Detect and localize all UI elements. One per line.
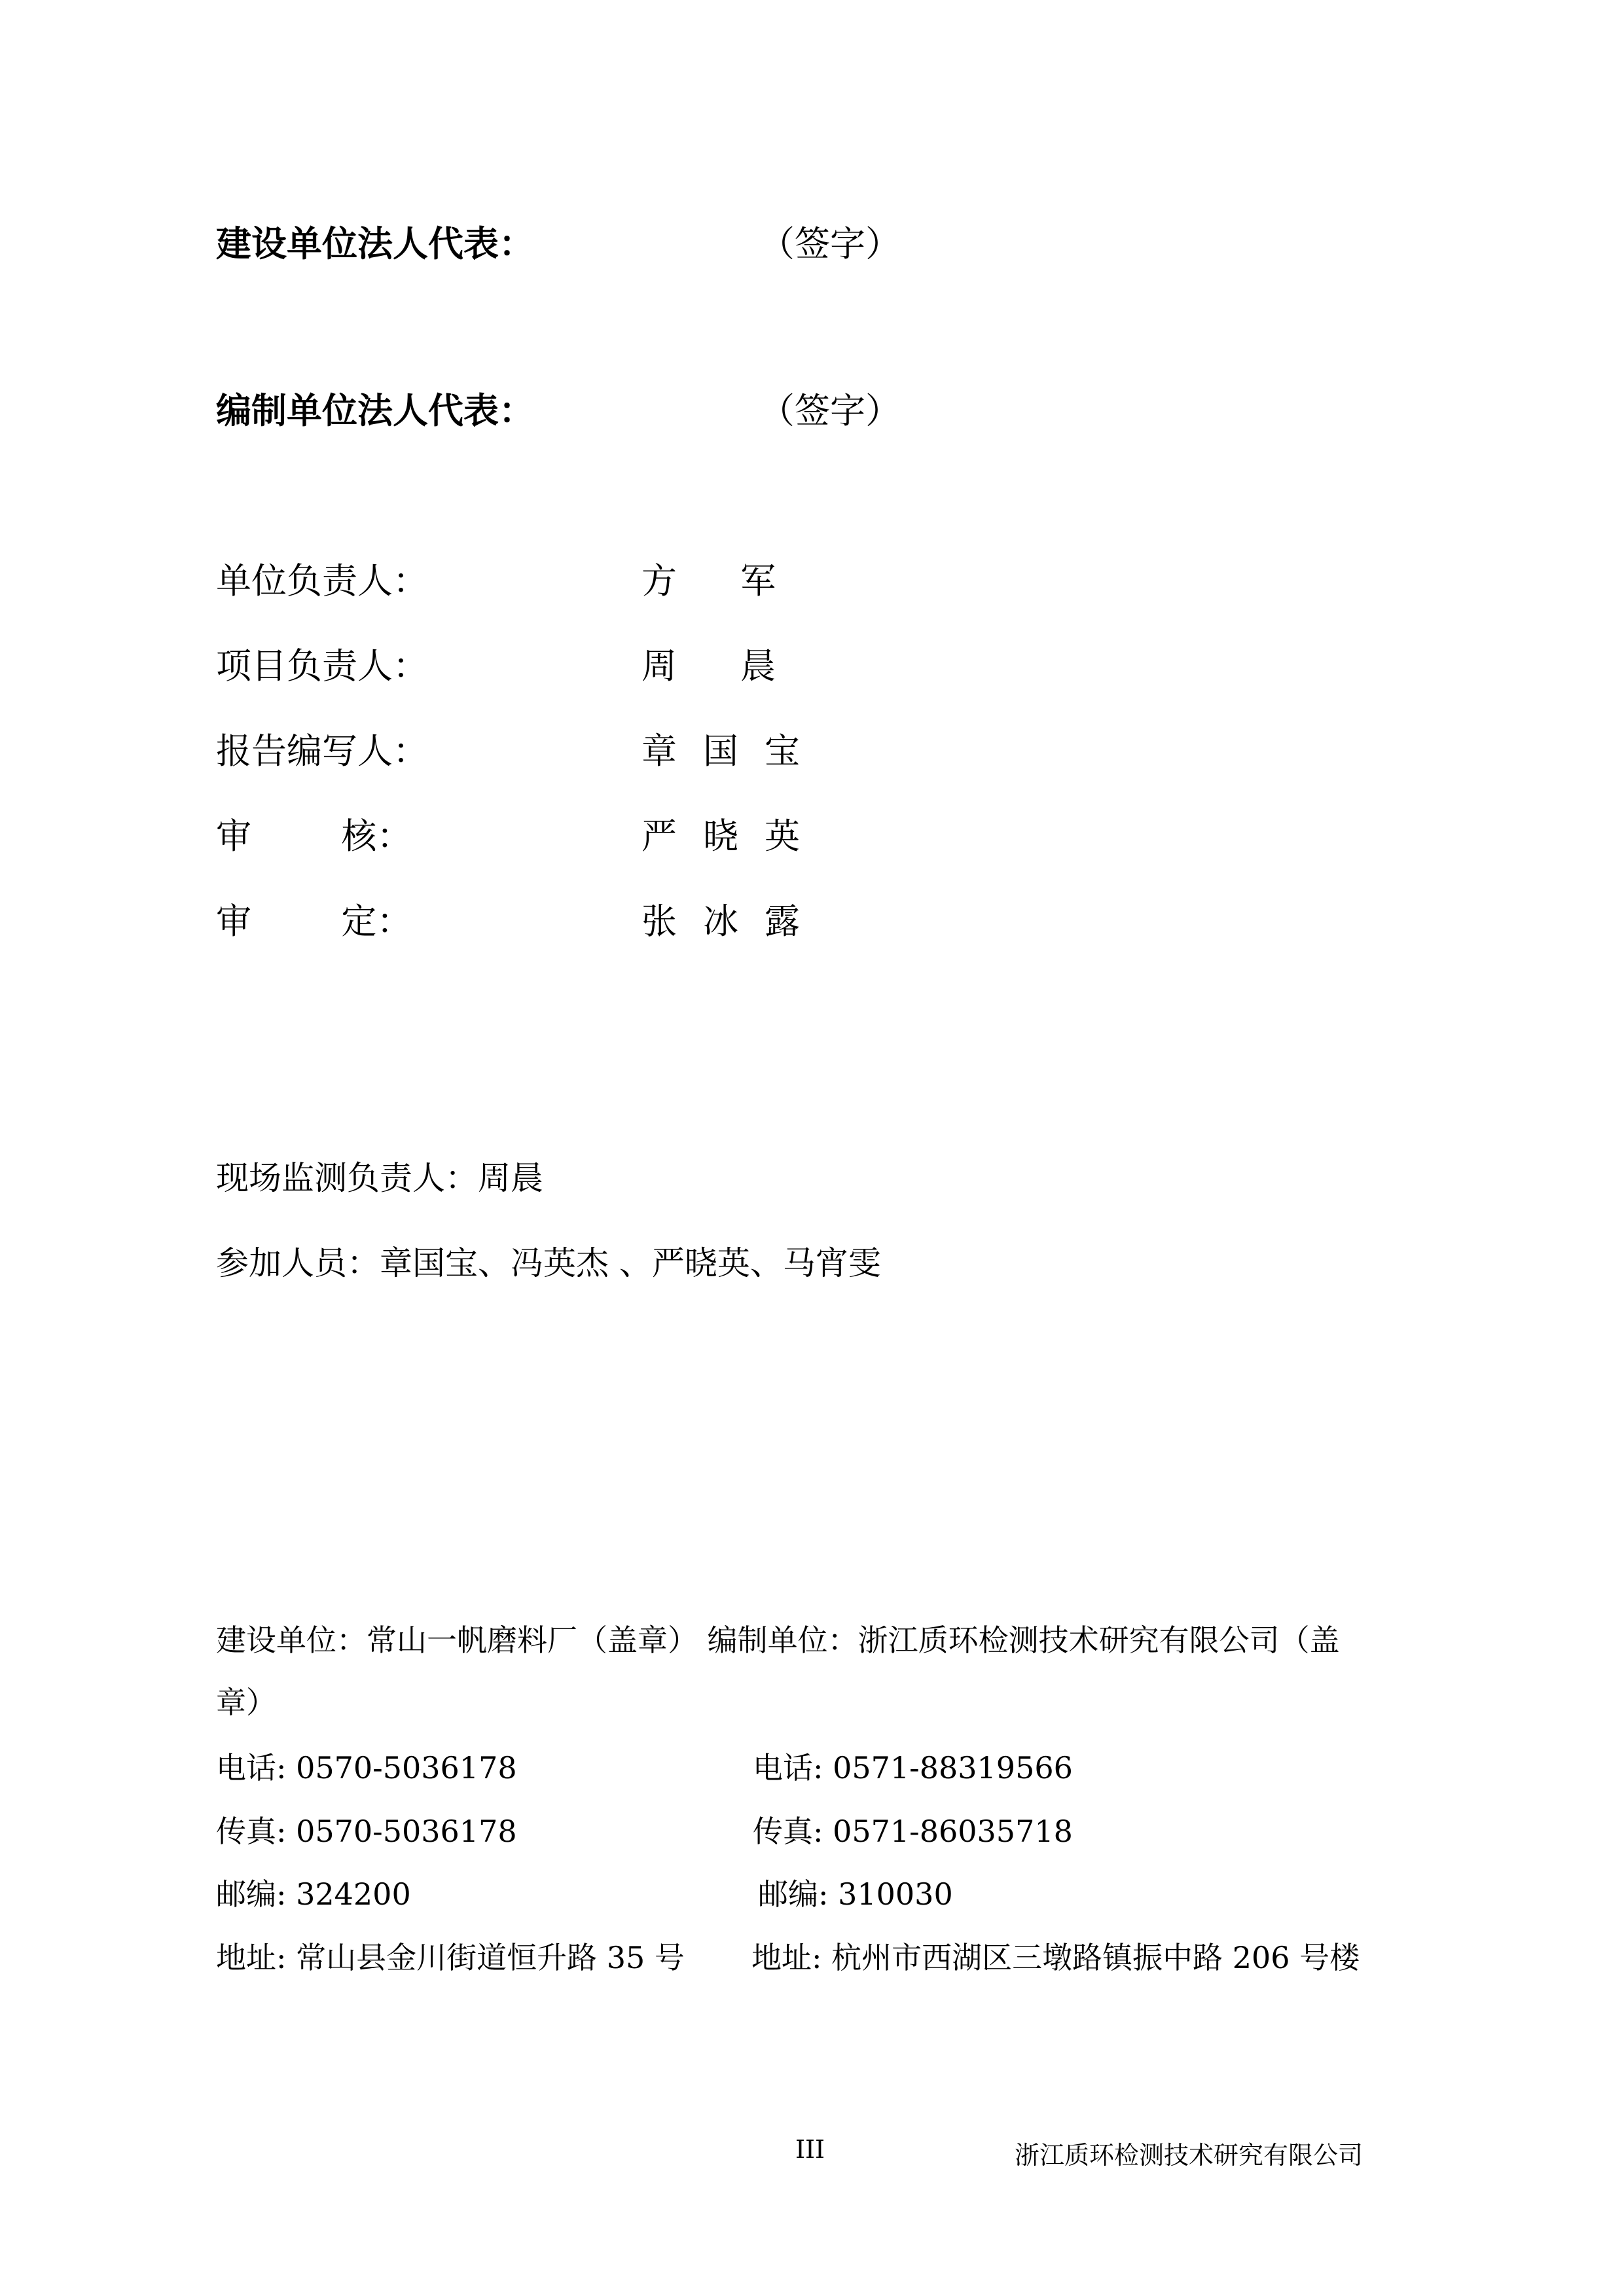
preparer-address: 地址: 杭州市西湖区三墩路镇振中路 206 号楼 xyxy=(751,1934,1360,1977)
role-name: 张冰露 xyxy=(641,893,826,944)
footer-company: 浙江质环检测技术研究有限公司 xyxy=(1015,2135,1363,2171)
client-fax: 传真: 0570-5036178 xyxy=(216,1808,517,1851)
role-report-writer: 报告编写人： 章国宝 xyxy=(216,723,871,769)
units-line-2: 章） xyxy=(216,1679,276,1722)
role-project-head: 项目负责人： 周 晨 xyxy=(216,638,871,684)
client-postcode: 邮编: 324200 xyxy=(216,1871,411,1914)
preparer-fax: 传真: 0571-86035718 xyxy=(753,1808,1073,1851)
role-label: 单位负责人： xyxy=(216,553,428,603)
role-name: 方 军 xyxy=(641,553,802,603)
preparer-postcode: 邮编: 310030 xyxy=(758,1871,953,1914)
participants: 参加人员：章国宝、冯英杰 、严晓英、马宵雯 xyxy=(216,1237,881,1284)
role-label: 项目负责人： xyxy=(216,638,428,689)
preparer-legal-rep-label: 编制单位法人代表： xyxy=(216,383,534,433)
role-label: 审 核： xyxy=(216,808,412,859)
role-unit-head: 单位负责人： 方 军 xyxy=(216,553,871,599)
role-name: 周 晨 xyxy=(641,638,802,689)
role-approver: 审 定： 张冰露 xyxy=(216,893,871,939)
field-monitoring-lead: 现场监测负责人：周晨 xyxy=(216,1152,543,1199)
units-line-1: 建设单位：常山一帆磨料厂（盖章） 编制单位：浙江质环检测技术研究有限公司（盖 xyxy=(216,1617,1340,1660)
page-number: III xyxy=(795,2135,825,2164)
client-signature-field: （签字） xyxy=(759,216,901,266)
client-address: 地址: 常山县金川街道恒升路 35 号 xyxy=(216,1934,685,1977)
role-label: 报告编写人： xyxy=(216,723,428,774)
role-reviewer: 审 核： 严晓英 xyxy=(216,808,871,854)
client-legal-rep-label: 建设单位法人代表： xyxy=(216,216,534,266)
role-name: 严晓英 xyxy=(641,808,826,859)
preparer-signature-field: （签字） xyxy=(759,383,901,433)
role-name: 章国宝 xyxy=(641,723,826,774)
client-phone: 电话: 0570-5036178 xyxy=(216,1744,517,1787)
preparer-phone: 电话: 0571-88319566 xyxy=(753,1744,1073,1787)
role-label: 审 定： xyxy=(216,893,412,944)
